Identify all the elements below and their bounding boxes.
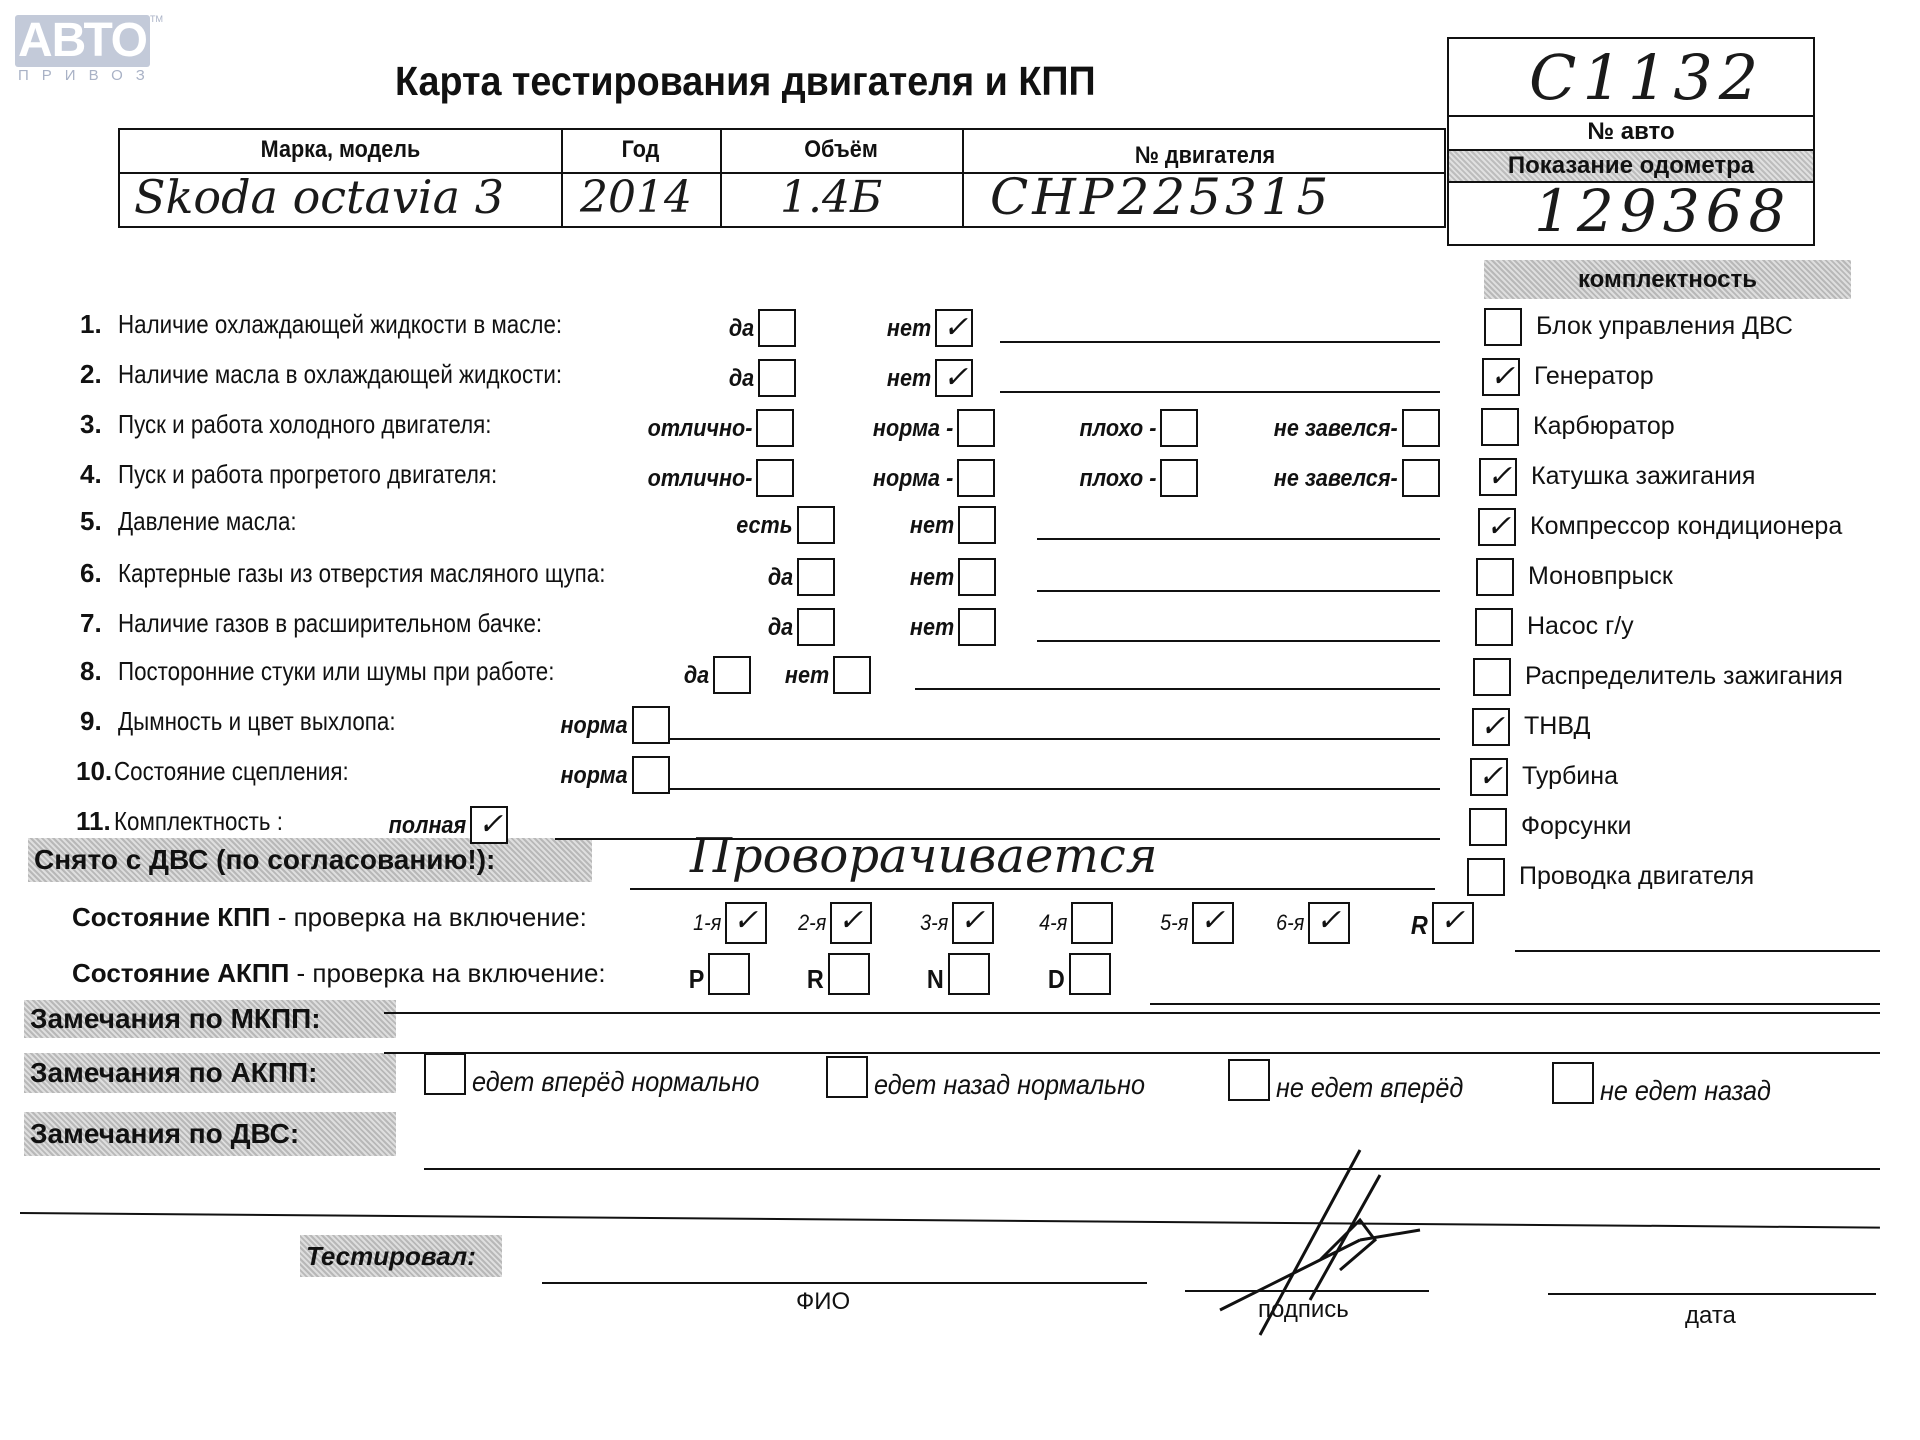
question-number: 6. <box>80 558 102 589</box>
kit-item-label: Проводка двигателя <box>1519 862 1754 891</box>
gear-checkbox[interactable]: ✓ <box>1192 902 1234 944</box>
kit-header: комплектность <box>1484 260 1851 299</box>
akpp-option-checkbox[interactable] <box>1228 1059 1270 1101</box>
column-divider <box>561 130 563 226</box>
option-checkbox[interactable] <box>632 756 670 794</box>
option-checkbox[interactable] <box>1402 459 1440 497</box>
vehicle-header-table: Марка, модель Год Объём № двигателя Skod… <box>118 128 1446 228</box>
option-label: не завелся- <box>1274 465 1398 493</box>
mkpp-remarks-line[interactable] <box>384 1012 1880 1014</box>
mode-checkbox[interactable] <box>948 953 990 995</box>
gear-checkbox[interactable]: ✓ <box>952 902 994 944</box>
akpp-option-label: едет вперёд нормально <box>472 1066 759 1098</box>
kit-item-label: Компрессор кондиционера <box>1530 512 1842 541</box>
notes-line[interactable] <box>1000 391 1440 393</box>
notes-line[interactable] <box>915 688 1440 690</box>
volume-field[interactable]: 1.4Б <box>780 172 882 223</box>
question-number: 1. <box>80 309 102 340</box>
notes-line[interactable] <box>670 788 1440 790</box>
akpp-option-checkbox[interactable] <box>1552 1062 1594 1104</box>
question-number: 8. <box>80 656 102 687</box>
mode-checkbox[interactable] <box>708 953 750 995</box>
option-label: отлично- <box>647 415 752 443</box>
question-text: Состояние сцепления: <box>114 756 349 787</box>
option-label: плохо - <box>1079 415 1156 443</box>
option-label: не завелся- <box>1274 415 1398 443</box>
mode-label: N <box>927 964 944 995</box>
kit-item-label: ТНВД <box>1524 712 1590 741</box>
engine-no-label: № двигателя <box>986 142 1423 170</box>
akpp-option-label: не едет вперёд <box>1276 1072 1463 1104</box>
auto-gearbox-line <box>1150 1003 1880 1005</box>
option-checkbox[interactable] <box>1160 409 1198 447</box>
gear-label: 5-я <box>1160 910 1188 936</box>
option-label: норма <box>561 762 628 790</box>
question-text: Давление масла: <box>118 506 297 537</box>
question-text: Пуск и работа прогретого двигателя: <box>118 459 497 490</box>
option-checkbox[interactable] <box>1402 409 1440 447</box>
question-number: 2. <box>80 359 102 390</box>
gear-checkbox[interactable]: ✓ <box>830 902 872 944</box>
car-number-field[interactable]: C1132 <box>1529 41 1764 114</box>
kit-checkbox[interactable] <box>1481 408 1519 446</box>
vehicle-id-box: C1132 № авто Показание одометра 129368 <box>1447 37 1815 246</box>
akpp-option-label: едет назад нормально <box>874 1069 1145 1101</box>
check-mark-icon: ✓ <box>943 313 968 343</box>
option-label: нет <box>785 662 829 690</box>
question-number: 11. <box>76 806 111 837</box>
question-number: 5. <box>80 506 102 537</box>
gear-checkbox[interactable] <box>1071 902 1113 944</box>
column-divider <box>962 130 964 226</box>
make-model-label: Марка, модель <box>142 136 539 164</box>
car-number-cell: C1132 <box>1449 39 1813 117</box>
kit-item-label: Блок управления ДВС <box>1536 312 1793 341</box>
kit-checkbox[interactable]: ✓ <box>1472 708 1510 746</box>
kit-item-label: Моновпрыск <box>1528 562 1673 591</box>
akpp-remarks-top-line <box>384 1052 1880 1054</box>
check-mark-icon: ✓ <box>1478 762 1503 792</box>
option-label: есть <box>737 512 793 540</box>
option-label: нет <box>910 512 954 540</box>
question-text: Наличие масла в охлаждающей жидкости: <box>118 359 562 390</box>
option-checkbox[interactable] <box>713 656 751 694</box>
car-number-label: № авто <box>1449 115 1813 149</box>
option-label: норма - <box>873 415 953 443</box>
kit-checkbox[interactable] <box>1484 308 1522 346</box>
auto-gearbox-label-rest: - проверка на включение: <box>289 958 605 988</box>
option-checkbox[interactable] <box>756 409 794 447</box>
question-number: 3. <box>80 409 102 440</box>
option-label: норма - <box>873 465 953 493</box>
logo-trademark: TM <box>150 14 163 24</box>
akpp-option-checkbox[interactable] <box>424 1053 466 1095</box>
kit-checkbox[interactable]: ✓ <box>1470 758 1508 796</box>
akpp-option-checkbox[interactable] <box>826 1056 868 1098</box>
name-line[interactable] <box>542 1282 1147 1284</box>
dvs-remarks-line-2[interactable] <box>20 1212 1880 1229</box>
check-mark-icon: ✓ <box>1487 462 1512 492</box>
option-checkbox[interactable] <box>758 359 796 397</box>
akpp-remarks-label: Замечания по АКПП: <box>24 1053 396 1093</box>
option-label: нет <box>910 614 954 642</box>
option-checkbox[interactable] <box>957 459 995 497</box>
mode-label: D <box>1048 964 1065 995</box>
option-label: плохо - <box>1079 465 1156 493</box>
option-label: да <box>684 662 709 690</box>
option-checkbox[interactable] <box>833 656 871 694</box>
option-label: нет <box>887 365 931 393</box>
kit-item-label: Карбюратор <box>1533 412 1675 441</box>
akpp-option-label: не едет назад <box>1600 1075 1771 1107</box>
gear-label: R <box>1411 910 1428 941</box>
question-number: 10. <box>76 756 112 787</box>
option-checkbox[interactable] <box>797 506 835 544</box>
option-checkbox[interactable] <box>758 309 796 347</box>
notes-line[interactable] <box>670 738 1440 740</box>
check-mark-icon: ✓ <box>1316 906 1341 936</box>
option-checkbox[interactable]: ✓ <box>935 359 973 397</box>
manual-gearbox-label-rest: - проверка на включение: <box>271 902 587 932</box>
odometer-field[interactable]: 129368 <box>1534 177 1791 245</box>
option-label: да <box>768 564 793 592</box>
date-line[interactable] <box>1548 1293 1876 1295</box>
gear-checkbox[interactable]: ✓ <box>725 902 767 944</box>
option-label: отлично- <box>647 465 752 493</box>
kit-checkbox[interactable] <box>1476 558 1514 596</box>
gear-label: 1-я <box>693 910 721 936</box>
check-mark-icon: ✓ <box>733 906 758 936</box>
check-mark-icon: ✓ <box>478 810 503 840</box>
notes-line[interactable] <box>1037 640 1440 642</box>
check-mark-icon: ✓ <box>960 906 985 936</box>
check-mark-icon: ✓ <box>943 363 968 393</box>
year-label: Год <box>569 136 712 164</box>
check-mark-icon: ✓ <box>1480 712 1505 742</box>
notes-line[interactable] <box>1000 341 1440 343</box>
question-text: Комплектность : <box>114 806 283 837</box>
manual-gearbox-label-bold: Состояние КПП <box>72 902 271 932</box>
engine-no-field[interactable]: CHP225315 <box>990 168 1332 226</box>
removed-label: Снято с ДВС (по согласованию!): <box>28 838 592 882</box>
manual-gearbox-label: Состояние КПП - проверка на включение: <box>72 902 587 933</box>
question-text: Пуск и работа холодного двигателя: <box>118 409 491 440</box>
question-text: Картерные газы из отверстия масляного щу… <box>118 558 605 589</box>
column-divider <box>720 130 722 226</box>
mkpp-remarks-label: Замечания по МКПП: <box>24 1000 396 1038</box>
option-label: полная <box>388 812 466 840</box>
mode-label: R <box>807 964 824 995</box>
gear-label: 3-я <box>920 910 948 936</box>
year-field[interactable]: 2014 <box>580 172 692 223</box>
gear-label: 4-я <box>1039 910 1067 936</box>
make-model-field[interactable]: Skoda octavia 3 <box>134 170 504 224</box>
question-text: Дымность и цвет выхлопа: <box>118 706 396 737</box>
kit-item-label: Насос г/у <box>1527 612 1634 641</box>
kit-checkbox[interactable] <box>1473 658 1511 696</box>
option-label: да <box>729 315 754 343</box>
option-checkbox[interactable] <box>957 409 995 447</box>
option-label: нет <box>910 564 954 592</box>
kit-item-label: Катушка зажигания <box>1531 462 1755 491</box>
option-label: нет <box>887 315 931 343</box>
kit-item-label: Генератор <box>1534 362 1654 391</box>
kit-checkbox[interactable] <box>1467 858 1505 896</box>
gear-label: 6-я <box>1276 910 1304 936</box>
option-checkbox[interactable] <box>958 506 996 544</box>
option-label: да <box>729 365 754 393</box>
check-mark-icon: ✓ <box>1486 512 1511 542</box>
question-number: 9. <box>80 706 102 737</box>
option-checkbox[interactable] <box>1160 459 1198 497</box>
option-checkbox[interactable] <box>756 459 794 497</box>
volume-label: Объём <box>732 136 950 164</box>
notes-line[interactable] <box>555 838 1440 840</box>
removed-underline <box>630 888 1435 890</box>
kit-checkbox[interactable] <box>1469 808 1507 846</box>
option-checkbox[interactable] <box>632 706 670 744</box>
gear-checkbox[interactable]: ✓ <box>1308 902 1350 944</box>
check-mark-icon: ✓ <box>1200 906 1225 936</box>
check-mark-icon: ✓ <box>1440 906 1465 936</box>
check-mark-icon: ✓ <box>838 906 863 936</box>
dvs-remarks-label: Замечания по ДВС: <box>24 1112 396 1156</box>
kit-item-label: Распределитель зажигания <box>1525 662 1843 691</box>
removed-value[interactable]: Проворачивается <box>690 828 1158 884</box>
option-label: да <box>768 614 793 642</box>
kit-item-label: Турбина <box>1522 762 1618 791</box>
kit-item-label: Форсунки <box>1521 812 1632 841</box>
tested-by-label: Тестировал: <box>300 1235 502 1277</box>
gear-checkbox[interactable]: ✓ <box>1432 902 1474 944</box>
question-number: 4. <box>80 459 102 490</box>
name-caption: ФИО <box>796 1288 850 1316</box>
notes-line[interactable] <box>1037 538 1440 540</box>
notes-line[interactable] <box>1037 590 1440 592</box>
signature-scribble <box>1200 1140 1460 1340</box>
check-mark-icon: ✓ <box>1490 362 1515 392</box>
manual-gearbox-line <box>1515 950 1880 952</box>
option-checkbox[interactable] <box>958 558 996 596</box>
kit-checkbox[interactable]: ✓ <box>1482 358 1520 396</box>
mode-label: P <box>688 964 704 995</box>
date-caption: дата <box>1685 1302 1736 1330</box>
logo-subtitle: ПРИВОЗ <box>18 67 158 84</box>
auto-gearbox-label-bold: Состояние АКПП <box>72 958 289 988</box>
logo: АВТО <box>15 15 150 67</box>
option-checkbox[interactable]: ✓ <box>470 806 508 844</box>
option-checkbox[interactable] <box>958 608 996 646</box>
question-number: 7. <box>80 608 102 639</box>
question-text: Наличие охлаждающей жидкости в масле: <box>118 309 562 340</box>
auto-gearbox-label: Состояние АКПП - проверка на включение: <box>72 958 606 989</box>
question-text: Посторонние стуки или шумы при работе: <box>118 656 554 687</box>
kit-checkbox[interactable] <box>1475 608 1513 646</box>
gear-label: 2-я <box>798 910 826 936</box>
kit-checkbox[interactable]: ✓ <box>1478 508 1516 546</box>
option-checkbox[interactable] <box>797 558 835 596</box>
mode-checkbox[interactable] <box>828 953 870 995</box>
question-text: Наличие газов в расширительном бачке: <box>118 608 542 639</box>
page-title: Карта тестирования двигателя и КПП <box>395 58 1096 105</box>
kit-checkbox[interactable]: ✓ <box>1479 458 1517 496</box>
option-label: норма <box>561 712 628 740</box>
option-checkbox[interactable] <box>797 608 835 646</box>
dvs-remarks-line[interactable] <box>424 1168 1880 1170</box>
mode-checkbox[interactable] <box>1069 953 1111 995</box>
option-checkbox[interactable]: ✓ <box>935 309 973 347</box>
